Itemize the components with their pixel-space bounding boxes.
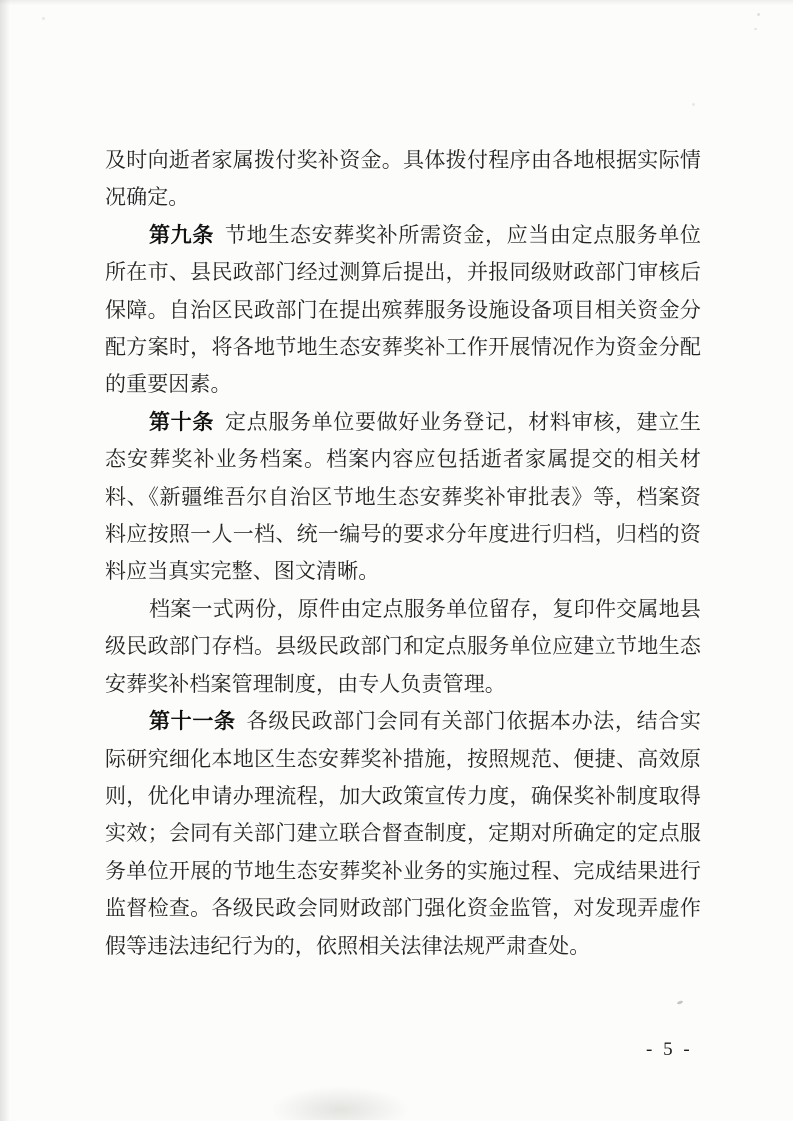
text-run: 态安葬奖补业务档案。档案内容应包括逝者家属提交的相关材	[105, 447, 701, 471]
article-number: 第十一条	[149, 710, 236, 733]
text-run: 安葬奖补档案管理制度，由专人负责管理。	[105, 672, 506, 696]
text-line: 务单位开展的节地生态安葬奖补业务的实施过程、完成结果进行	[105, 853, 701, 890]
text-line: 假等违法违纪行为的，依照相关法律法规严肃查处。	[105, 928, 701, 965]
scan-speck	[757, 13, 760, 16]
scan-speck	[677, 1000, 684, 1005]
text-line: 及时向逝者家属拨付奖补资金。具体拨付程序由各地根据实际情	[105, 142, 701, 179]
article-number: 第十条	[149, 411, 214, 434]
text-run: 况确定。	[105, 185, 189, 209]
text-line: 保障。自治区民政部门在提出殡葬服务设施设备项目相关资金分	[105, 292, 701, 329]
text-run: 的重要因素。	[105, 372, 232, 396]
scan-edge-shadow-top	[0, 0, 793, 5]
text-line: 况确定。	[105, 179, 701, 216]
text-line: 第九条节地生态安葬奖补所需资金，应当由定点服务单位	[105, 217, 701, 254]
text-line: 则，优化申请办理流程，加大政策宣传力度，确保奖补制度取得	[105, 778, 701, 815]
text-line: 第十条定点服务单位要做好业务登记，材料审核，建立生	[105, 404, 701, 441]
scan-speck	[692, 103, 695, 106]
text-run: 档案一式两份，原件由定点服务单位留存，复印件交属地县	[149, 597, 701, 621]
text-run: 料应按照一人一档、统一编号的要求分年度进行归档，归档的资	[105, 522, 701, 546]
text-run: 及时向逝者家属拨付奖补资金。具体拨付程序由各地根据实际情	[105, 148, 701, 172]
text-run: 定点服务单位要做好业务登记，材料审核，建立生	[225, 410, 701, 434]
text-line: 级民政部门存档。县级民政部门和定点服务单位应建立节地生态	[105, 628, 701, 665]
text-line: 料应按照一人一档、统一编号的要求分年度进行归档，归档的资	[105, 516, 701, 553]
text-run: 节地生态安葬奖补所需资金，应当由定点服务单位	[225, 223, 701, 247]
text-line: 配方案时，将各地节地生态安葬奖补工作开展情况作为资金分配	[105, 329, 701, 366]
text-run: 配方案时，将各地节地生态安葬奖补工作开展情况作为资金分配	[105, 335, 701, 359]
scan-edge-shadow-left	[0, 0, 10, 1121]
page-number: - 5 -	[646, 1039, 693, 1061]
text-run: 级民政部门存档。县级民政部门和定点服务单位应建立节地生态	[105, 634, 701, 658]
document-body: 及时向逝者家属拨付奖补资金。具体拨付程序由各地根据实际情况确定。第九条节地生态安…	[105, 142, 701, 965]
text-run: 所在市、县民政部门经过测算后提出，并报同级财政部门审核后	[105, 260, 701, 284]
text-line: 态安葬奖补业务档案。档案内容应包括逝者家属提交的相关材	[105, 441, 701, 478]
text-line: 实效；会同有关部门建立联合督查制度，定期对所确定的定点服	[105, 815, 701, 852]
text-line: 料应当真实完整、图文清晰。	[105, 553, 701, 590]
text-line: 监督检查。各级民政会同财政部门强化资金监管，对发现弄虚作	[105, 890, 701, 927]
scan-speck	[679, 318, 682, 320]
text-run: 监督检查。各级民政会同财政部门强化资金监管，对发现弄虚作	[105, 896, 701, 920]
text-line: 第十一条各级民政部门会同有关部门依据本办法，结合实	[105, 703, 701, 740]
text-run: 务单位开展的节地生态安葬奖补业务的实施过程、完成结果进行	[105, 859, 701, 883]
text-run: 实效；会同有关部门建立联合督查制度，定期对所确定的定点服	[105, 821, 701, 845]
text-run: 际研究细化本地区生态安葬奖补措施，按照规范、便捷、高效原	[105, 747, 701, 771]
text-run: 料、《新疆维吾尔自治区节地生态安葬奖补审批表》等，档案资	[105, 485, 701, 509]
text-run: 料应当真实完整、图文清晰。	[105, 559, 379, 583]
article-number: 第九条	[149, 224, 214, 247]
text-line: 档案一式两份，原件由定点服务单位留存，复印件交属地县	[105, 591, 701, 628]
text-run: 保障。自治区民政部门在提出殡葬服务设施设备项目相关资金分	[105, 298, 701, 322]
text-line: 的重要因素。	[105, 366, 701, 403]
document-page: 及时向逝者家属拨付奖补资金。具体拨付程序由各地根据实际情况确定。第九条节地生态安…	[0, 0, 793, 1121]
text-line: 安葬奖补档案管理制度，由专人负责管理。	[105, 666, 701, 703]
text-run: 则，优化申请办理流程，加大政策宣传力度，确保奖补制度取得	[105, 784, 701, 808]
scan-speck	[754, 28, 757, 30]
scan-smudge	[270, 1086, 410, 1120]
text-line: 所在市、县民政部门经过测算后提出，并报同级财政部门审核后	[105, 254, 701, 291]
text-line: 际研究细化本地区生态安葬奖补措施，按照规范、便捷、高效原	[105, 741, 701, 778]
text-line: 料、《新疆维吾尔自治区节地生态安葬奖补审批表》等，档案资	[105, 479, 701, 516]
text-run: 假等违法违纪行为的，依照相关法律法规严肃查处。	[105, 934, 590, 958]
text-run: 各级民政部门会同有关部门依据本办法，结合实	[247, 709, 701, 733]
scan-speck	[42, 17, 45, 20]
